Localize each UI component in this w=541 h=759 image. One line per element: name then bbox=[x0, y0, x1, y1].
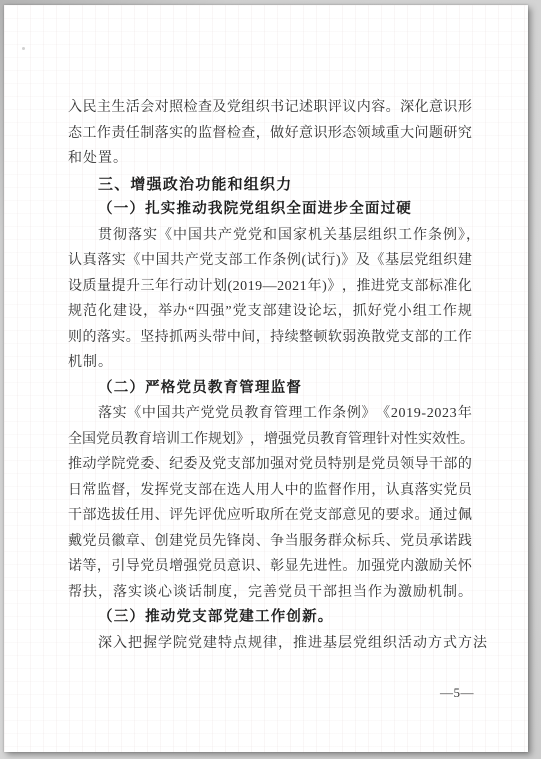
scan-artifact-speck bbox=[22, 47, 25, 50]
text-line-6: 贯彻落实《中国共产党党和国家机关基层组织工作条例》， bbox=[68, 223, 472, 249]
text-line-16: 日常监督，发挥党支部在选人用人中的监督作用，认真落实党员 bbox=[68, 478, 472, 504]
text-line-1: 入民主生活会对照检查及党组织书记述职评议内容。深化意识形 bbox=[68, 95, 472, 121]
text-line-14: 全国党员教育培训工作规划》，增强党员教育管理针对性实效性。 bbox=[68, 427, 472, 453]
text-line-8: 设质量提升三年行动计划(2019—2021 年)》，推进党支部标准化 bbox=[68, 274, 472, 300]
text-line-17: 干部选拔任用、评先评优应听取所在党支部意见的要求。通过佩 bbox=[68, 503, 472, 529]
text-line-5: （一）扎实推动我院党组织全面进步全面过硬 bbox=[68, 197, 472, 223]
text-line-2: 态工作责任制落实的监督检查，做好意识形态领域重大问题研究 bbox=[68, 121, 472, 147]
text-line-4: 三、增强政治功能和组织力 bbox=[68, 172, 472, 198]
text-line-15: 推动学院党委、纪委及党支部加强对党员特别是党员领导干部的 bbox=[68, 452, 472, 478]
scan-background: 入民主生活会对照检查及党组织书记述职评议内容。深化意识形态工作责任制落实的监督检… bbox=[0, 0, 541, 759]
document-page: 入民主生活会对照检查及党组织书记述职评议内容。深化意识形态工作责任制落实的监督检… bbox=[4, 5, 528, 752]
text-line-19: 诺等，引导党员增强党员意识、彰显先进性。加强党内激励关怀 bbox=[68, 554, 472, 580]
text-line-13: 落实《中国共产党党员教育管理工作条例》《2019-2023 年 bbox=[68, 401, 472, 427]
document-text-block: 入民主生活会对照检查及党组织书记述职评议内容。深化意识形态工作责任制落实的监督检… bbox=[68, 95, 472, 656]
text-line-7: 认真落实《中国共产党支部工作条例(试行)》及《基层党组织建 bbox=[68, 248, 472, 274]
text-line-12: （二）严格党员教育管理监督 bbox=[68, 376, 472, 402]
text-line-10: 则的落实。坚持抓两头带中间，持续整顿软弱涣散党支部的工作 bbox=[68, 325, 472, 351]
text-line-22: 深入把握学院党建特点规律，推进基层党组织活动方式方法 bbox=[68, 631, 472, 657]
text-line-21: （三）推动党支部党建工作创新。 bbox=[68, 605, 472, 631]
text-line-18: 戴党员徽章、创建党员先锋岗、争当服务群众标兵、党员承诺践 bbox=[68, 529, 472, 555]
text-line-11: 机制。 bbox=[68, 350, 472, 376]
text-line-20: 帮扶，落实谈心谈话制度，完善党员干部担当作为激励机制。 bbox=[68, 580, 472, 606]
text-line-3: 和处置。 bbox=[68, 146, 472, 172]
text-line-9: 规范化建设，举办“四强”党支部建设论坛，抓好党小组工作规 bbox=[68, 299, 472, 325]
page-number: —5— bbox=[440, 685, 474, 701]
